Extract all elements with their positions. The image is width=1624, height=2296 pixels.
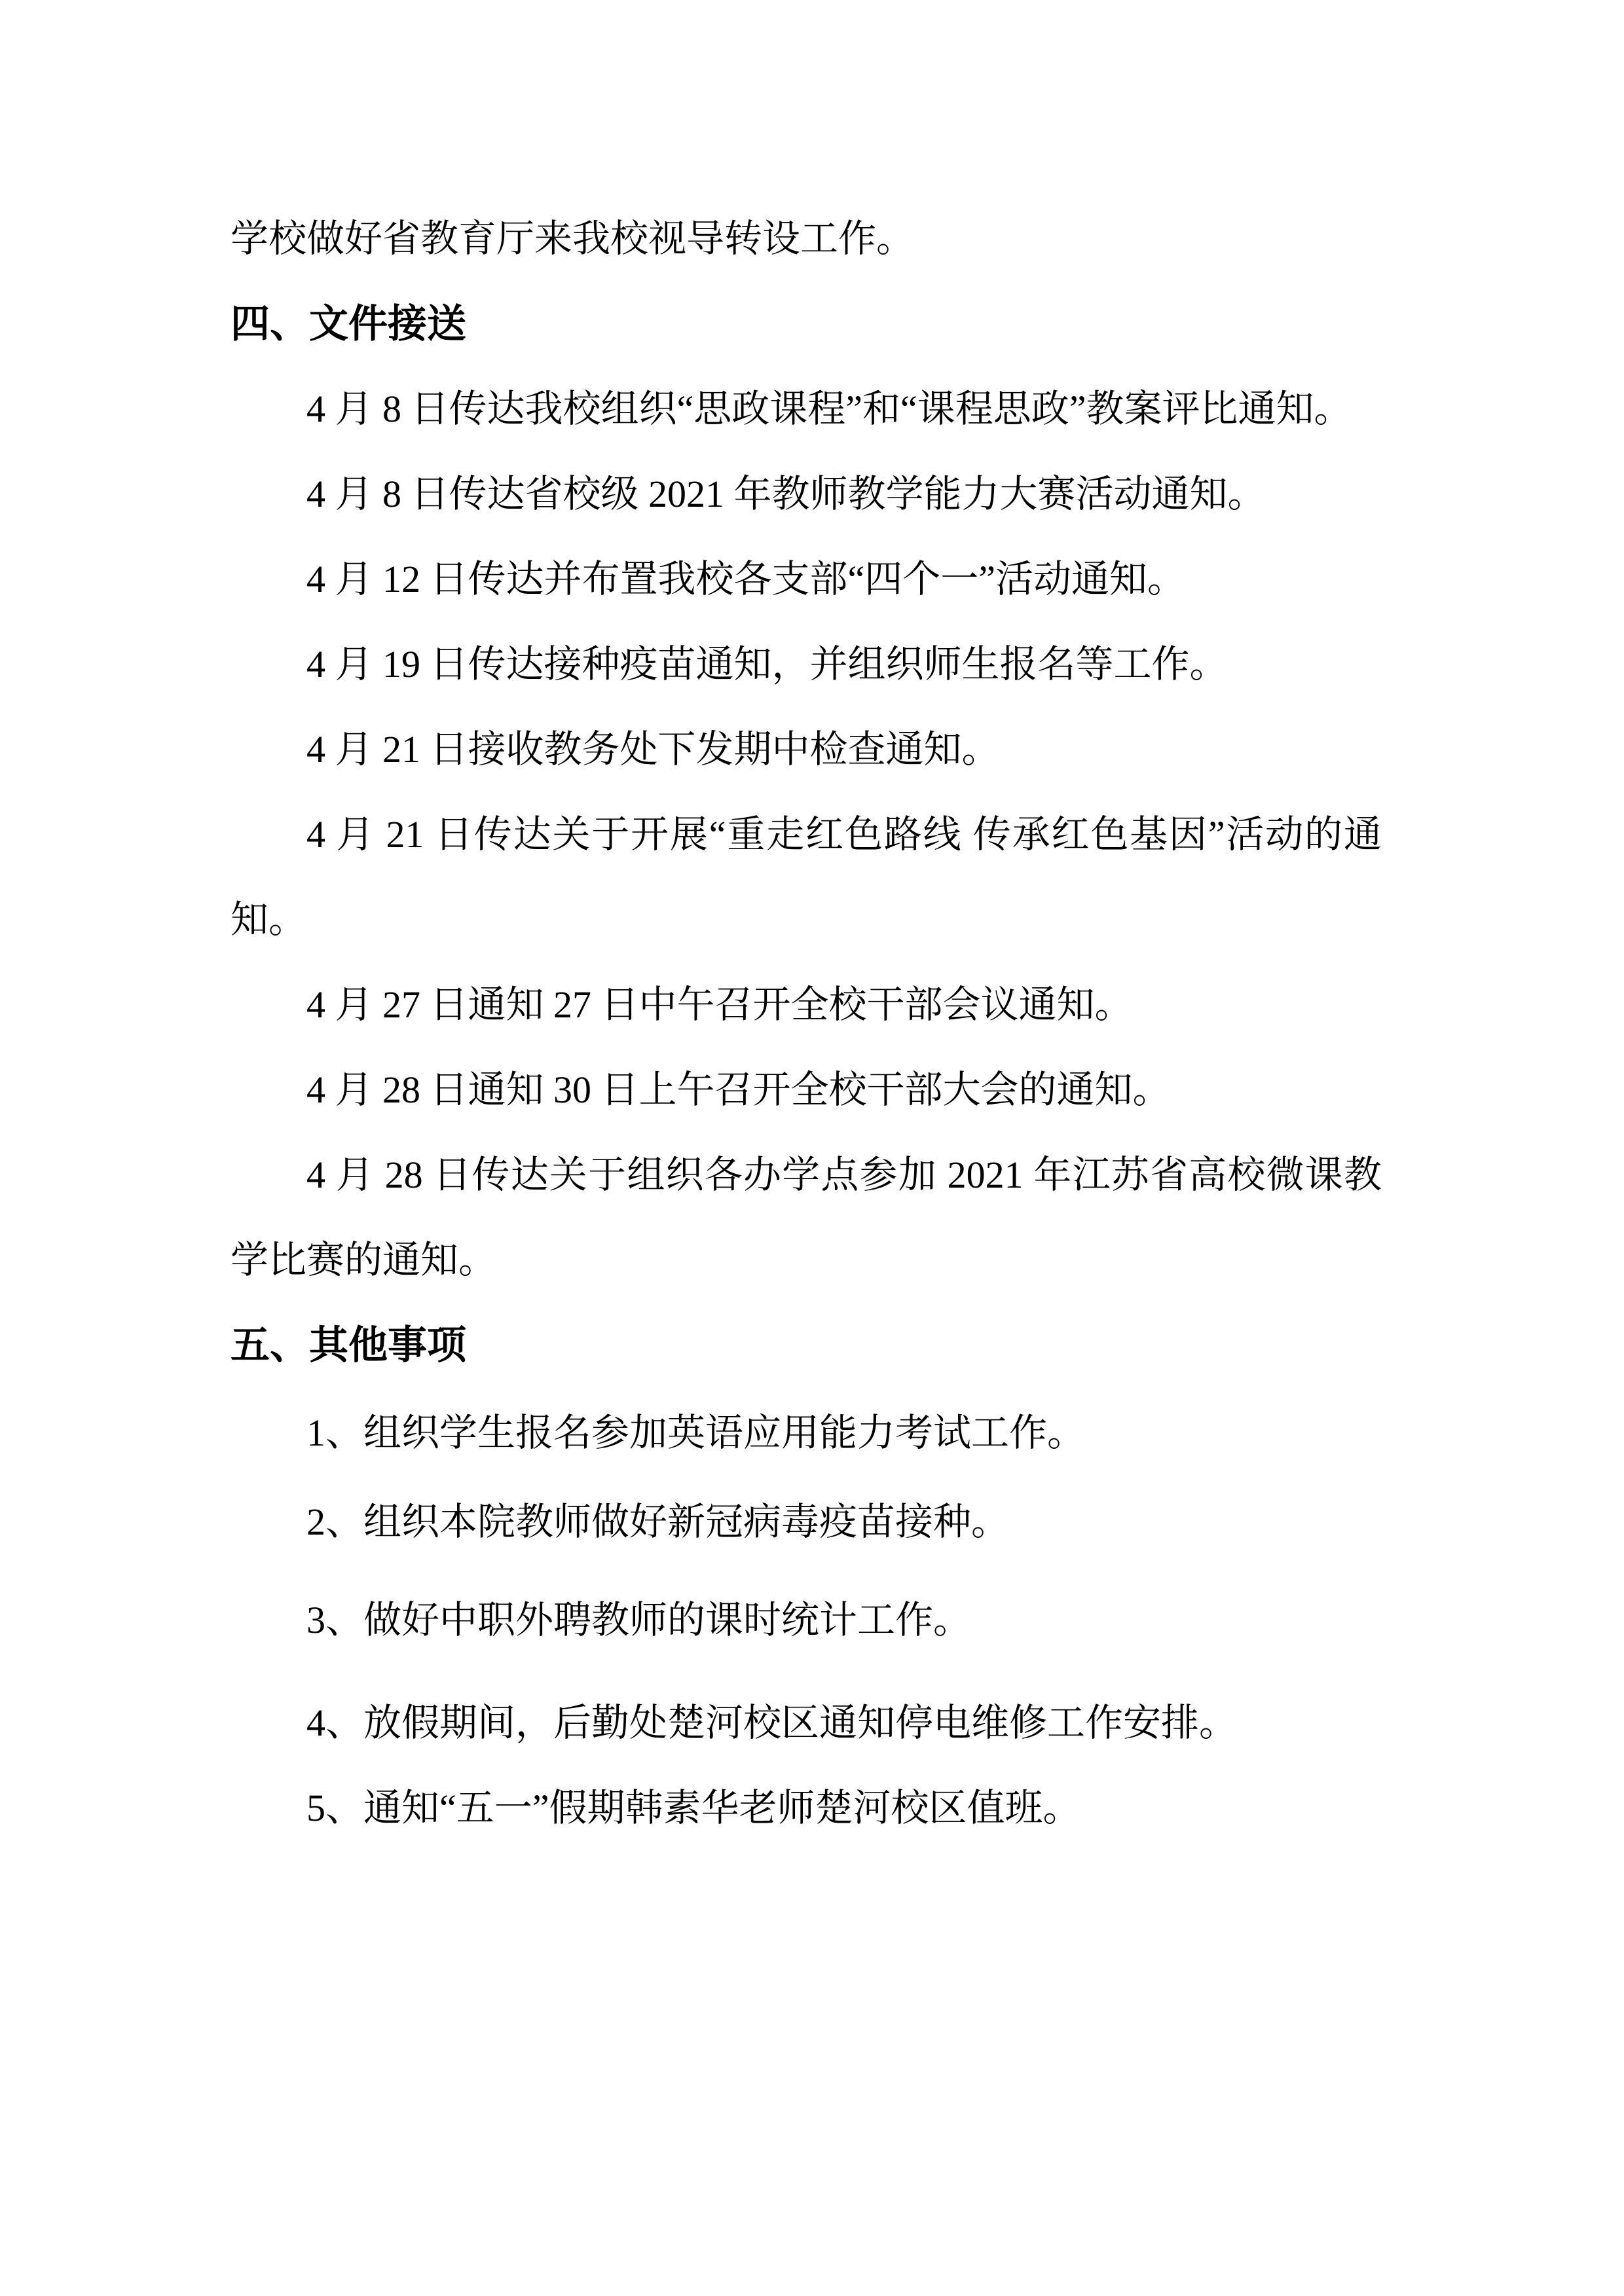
section-heading-other-items: 五、其他事项	[231, 1303, 1382, 1388]
document-page: 学校做好省教育厅来我校视导转设工作。 四、文件接送 4 月 8 日传达我校组织“…	[0, 0, 1624, 2296]
paragraph: 4 月 27 日通知 27 日中午召开全校干部会议通知。	[231, 962, 1382, 1048]
paragraph-continuation: 学校做好省教育厅来我校视导转设工作。	[231, 196, 1382, 282]
paragraph: 4 月 12 日传达并布置我校各支部“四个一”活动通知。	[231, 537, 1382, 622]
list-item: 2、组织本院教师做好新冠病毒疫苗接种。	[231, 1480, 1382, 1565]
paragraph: 4 月 28 日传达关于组织各办学点参加 2021 年江苏省高校微课教学比赛的通…	[231, 1133, 1382, 1303]
list-item: 5、通知“五一”假期韩素华老师楚河校区值班。	[231, 1766, 1382, 1851]
paragraph: 4 月 8 日传达省校级 2021 年教师教学能力大赛活动通知。	[231, 452, 1382, 537]
paragraph: 4 月 21 日传达关于开展“重走红色路线 传承红色基因”活动的通知。	[231, 792, 1382, 962]
paragraph: 4 月 21 日接收教务处下发期中检查通知。	[231, 707, 1382, 792]
paragraph: 4 月 19 日传达接种疫苗通知，并组织师生报名等工作。	[231, 622, 1382, 707]
paragraph: 4 月 28 日通知 30 日上午召开全校干部大会的通知。	[231, 1048, 1382, 1133]
list-item: 3、做好中职外聘教师的课时统计工作。	[231, 1578, 1382, 1663]
list-item: 1、组织学生报名参加英语应用能力考试工作。	[231, 1391, 1382, 1476]
paragraph: 4 月 8 日传达我校组织“思政课程”和“课程思政”教案评比通知。	[231, 367, 1382, 452]
section-heading-documents: 四、文件接送	[231, 282, 1382, 367]
list-item: 4、放假期间，后勤处楚河校区通知停电维修工作安排。	[231, 1681, 1382, 1766]
